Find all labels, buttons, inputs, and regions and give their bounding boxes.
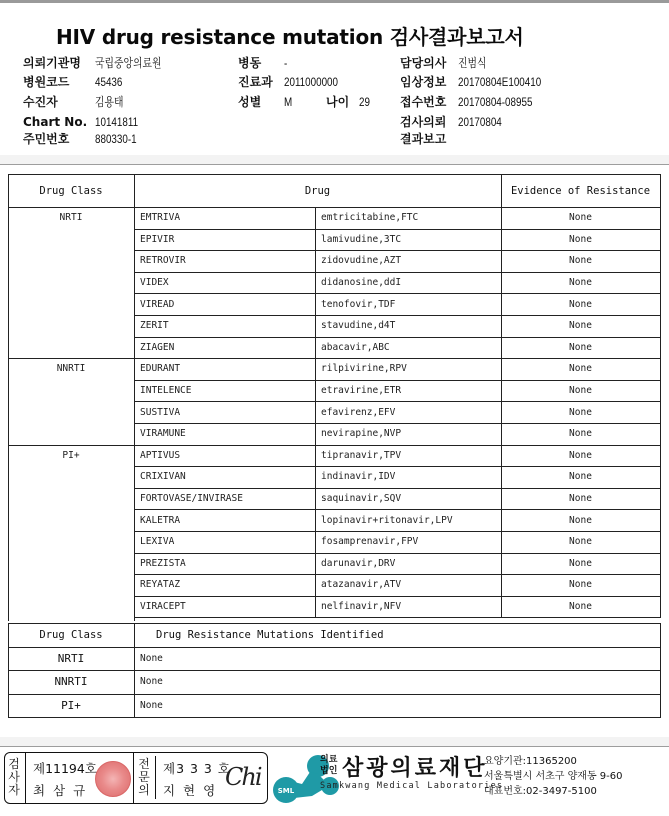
- table-rule: [8, 694, 660, 695]
- drug-generic-name: nelfinavir,NFV: [315, 596, 501, 618]
- specialist-signature: Chi: [225, 763, 261, 791]
- header-field: 접수번호20170804-08955: [400, 95, 549, 110]
- drug-generic-name: nevirapine,NVP: [315, 423, 501, 445]
- drug-class-label: PI+: [8, 694, 134, 717]
- divider: [133, 753, 134, 803]
- resistance-evidence: None: [501, 509, 660, 531]
- mutations-value: None: [134, 670, 660, 693]
- column-header-evidence: Evidence of Resistance: [501, 174, 660, 207]
- table-rule: [8, 647, 660, 648]
- header-field: 병동-: [238, 56, 288, 71]
- drug-brand-name: EMTRIVA: [134, 207, 315, 229]
- drug-generic-name: tenofovir,TDF: [315, 293, 501, 315]
- divider: [155, 756, 156, 799]
- drug-brand-name: VIRACEPT: [134, 596, 315, 618]
- table-rule: [134, 488, 660, 489]
- org-code: 요양기관:11365200: [484, 754, 623, 769]
- org-address: 서울특별시 서초구 양재동 9-60: [484, 769, 623, 784]
- examiner-label: 검사자: [7, 758, 21, 797]
- table-rule: [8, 623, 660, 624]
- org-type-line2: 법인: [320, 766, 337, 776]
- drug-brand-name: EPIVIR: [134, 229, 315, 251]
- header-field: 임상정보20170804E100410: [400, 75, 559, 90]
- resistance-evidence: None: [501, 207, 660, 229]
- table-rule: [134, 174, 135, 621]
- table-rule: [134, 229, 660, 230]
- mutations-value: None: [134, 694, 660, 717]
- header-value: 20170804-08955: [458, 95, 532, 110]
- org-name: 삼광의료재단: [342, 751, 488, 782]
- table-rule: [134, 293, 660, 294]
- table-rule: [134, 574, 660, 575]
- header-label: 성별: [238, 95, 284, 110]
- header-label: 병원코드: [23, 75, 95, 90]
- drug-brand-name: ZERIT: [134, 315, 315, 337]
- drug-brand-name: SUSTIVA: [134, 401, 315, 423]
- drug-generic-name: lamivudine,3TC: [315, 229, 501, 251]
- resistance-evidence: None: [501, 445, 660, 467]
- drug-brand-name: VIDEX: [134, 272, 315, 294]
- drug-generic-name: rilpivirine,RPV: [315, 358, 501, 380]
- resistance-evidence: None: [501, 574, 660, 596]
- header-label: 결과보고: [400, 132, 458, 147]
- drug-class-label: NRTI: [8, 647, 134, 670]
- drug-generic-name: indinavir,IDV: [315, 466, 501, 488]
- drug-brand-name: VIREAD: [134, 293, 315, 315]
- drug-generic-name: tipranavir,TPV: [315, 445, 501, 467]
- table-rule: [134, 553, 660, 554]
- drug-brand-name: KALETRA: [134, 509, 315, 531]
- table-rule: [501, 174, 502, 617]
- header-label: 접수번호: [400, 95, 458, 110]
- header-field: 병원코드45436: [23, 75, 128, 90]
- drug-class-label: PI+: [8, 445, 134, 467]
- drug-generic-name: fosamprenavir,FPV: [315, 531, 501, 553]
- header-field: 주민번호880330-1: [23, 132, 146, 147]
- resistance-evidence: None: [501, 423, 660, 445]
- drug-brand-name: CRIXIVAN: [134, 466, 315, 488]
- resistance-evidence: None: [501, 488, 660, 510]
- column-header-drug-class: Drug Class: [8, 174, 134, 207]
- header-value: M: [284, 95, 292, 110]
- drug-generic-name: abacavir,ABC: [315, 337, 501, 359]
- resistance-evidence: None: [501, 466, 660, 488]
- header-label: 나이: [326, 95, 349, 110]
- official-seal-stamp: [95, 761, 131, 797]
- specialist-label: 전문의: [137, 758, 151, 797]
- header-value: 45436: [95, 75, 122, 90]
- org-english-name: Samkwang Medical Laboratories: [320, 781, 503, 791]
- header-label: Chart No.: [23, 115, 95, 130]
- header-value: 국립중앙의료원: [95, 56, 162, 71]
- drug-generic-name: zidovudine,AZT: [315, 250, 501, 272]
- header-value: 2011000000: [284, 75, 338, 90]
- drug-generic-name: emtricitabine,FTC: [315, 207, 501, 229]
- drug-generic-name: etravirine,ETR: [315, 380, 501, 402]
- table-rule: [8, 207, 660, 208]
- svg-text:SML: SML: [278, 787, 295, 795]
- drug-generic-name: didanosine,ddI: [315, 272, 501, 294]
- specialist-license-number: 제3 3 3 호: [163, 759, 231, 777]
- table-rule: [134, 423, 660, 424]
- drug-brand-name: VIRAMUNE: [134, 423, 315, 445]
- header-field: 수진자김용태: [23, 95, 130, 110]
- table-rule: [8, 623, 9, 718]
- resistance-evidence: None: [501, 250, 660, 272]
- drug-brand-name: ZIAGEN: [134, 337, 315, 359]
- table-rule: [134, 250, 660, 251]
- header-value: 20170804: [458, 115, 502, 130]
- resistance-evidence: None: [501, 315, 660, 337]
- examiner-label-text: 검사자: [7, 758, 21, 797]
- top-border: [0, 0, 669, 3]
- header-field-age: 나이 29: [326, 95, 372, 110]
- table-rule: [134, 272, 660, 273]
- table-rule: [134, 596, 660, 597]
- resistance-evidence: None: [501, 596, 660, 618]
- signature-box: 검사자 제11194호 최 삼 규 전문의 제3 3 3 호 지 현 영 Chi: [4, 752, 268, 804]
- drug-generic-name: saquinavir,SQV: [315, 488, 501, 510]
- header-label: 수진자: [23, 95, 95, 110]
- header-value: 20170804E100410: [458, 75, 541, 90]
- header-value: -: [284, 56, 287, 71]
- table-rule: [134, 337, 660, 338]
- drug-class-label: NRTI: [8, 207, 134, 229]
- table-rule: [134, 623, 135, 717]
- drug-generic-name: efavirenz,EFV: [315, 401, 501, 423]
- header-label: 병동: [238, 56, 284, 71]
- header-label: 의뢰기관명: [23, 56, 95, 71]
- drug-generic-name: lopinavir+ritonavir,LPV: [315, 509, 501, 531]
- resistance-evidence: None: [501, 229, 660, 251]
- drug-class-label: NNRTI: [8, 358, 134, 380]
- header-value: 김용태: [95, 95, 124, 110]
- drug-brand-name: FORTOVASE/INVIRASE: [134, 488, 315, 510]
- header-field: 성별M: [238, 95, 294, 110]
- resistance-evidence: None: [501, 272, 660, 294]
- section-divider: [0, 155, 669, 165]
- header-field: 결과보고: [400, 132, 458, 147]
- header-label: 진료과: [238, 75, 284, 90]
- column-header-drug-class: Drug Class: [8, 623, 134, 647]
- drug-brand-name: LEXIVA: [134, 531, 315, 553]
- table-rule: [134, 509, 660, 510]
- header-value: 29: [359, 95, 370, 110]
- drug-generic-name: stavudine,d4T: [315, 315, 501, 337]
- header-label: 주민번호: [23, 132, 95, 147]
- drug-brand-name: EDURANT: [134, 358, 315, 380]
- header-label: 임상정보: [400, 75, 458, 90]
- resistance-evidence: None: [501, 358, 660, 380]
- table-rule: [134, 617, 660, 618]
- table-rule: [134, 401, 660, 402]
- drug-brand-name: RETROVIR: [134, 250, 315, 272]
- header-label: 담당의사: [400, 56, 458, 71]
- org-phone: 대표번호:02-3497-5100: [484, 784, 623, 799]
- org-type-line1: 의료: [320, 755, 337, 765]
- table-rule: [134, 380, 660, 381]
- header-field: 검사의뢰20170804: [400, 115, 511, 130]
- divider: [25, 753, 26, 803]
- resistance-evidence: None: [501, 553, 660, 575]
- report-title: HIV drug resistance mutation 검사결과보고서: [56, 21, 524, 50]
- header-value: 10141811: [95, 115, 138, 130]
- header-value: 880330-1: [95, 132, 137, 147]
- mutations-value: None: [134, 647, 660, 670]
- resistance-evidence: None: [501, 380, 660, 402]
- resistance-evidence: None: [501, 531, 660, 553]
- table-rule: [8, 174, 660, 175]
- table-rule: [134, 315, 660, 316]
- drug-brand-name: APTIVUS: [134, 445, 315, 467]
- table-rule: [660, 623, 661, 718]
- table-rule: [660, 174, 661, 618]
- examiner-name: 최 삼 규: [33, 781, 87, 799]
- column-header-mutations: Drug Resistance Mutations Identified: [134, 623, 660, 647]
- resistance-evidence: None: [501, 337, 660, 359]
- drug-generic-name: darunavir,DRV: [315, 553, 501, 575]
- drug-brand-name: INTELENCE: [134, 380, 315, 402]
- drug-generic-name: atazanavir,ATV: [315, 574, 501, 596]
- specialist-label-text: 전문의: [137, 758, 151, 797]
- resistance-evidence: None: [501, 401, 660, 423]
- header-field: 의뢰기관명국립중앙의료원: [23, 56, 176, 71]
- drug-class-label: NNRTI: [8, 670, 134, 693]
- specialist-name: 지 현 영: [163, 781, 217, 799]
- footer-divider: [0, 737, 669, 747]
- header-value: 진범식: [458, 56, 487, 71]
- org-info: 요양기관:11365200 서울특별시 서초구 양재동 9-60 대표번호:02…: [484, 754, 623, 799]
- column-header-drug: Drug: [134, 174, 501, 207]
- table-rule: [8, 670, 660, 671]
- table-rule: [134, 466, 660, 467]
- table-rule: [315, 207, 316, 617]
- header-field: 담당의사진범식: [400, 56, 493, 71]
- header-field: Chart No.10141811: [23, 115, 148, 130]
- drug-brand-name: REYATAZ: [134, 574, 315, 596]
- resistance-evidence: None: [501, 293, 660, 315]
- table-rule: [8, 717, 660, 718]
- header-label: 검사의뢰: [400, 115, 458, 130]
- examiner-license-number: 제11194호: [33, 759, 97, 777]
- header-field: 진료과2011000000: [238, 75, 350, 90]
- drug-brand-name: PREZISTA: [134, 553, 315, 575]
- table-rule: [134, 531, 660, 532]
- table-rule: [8, 174, 9, 621]
